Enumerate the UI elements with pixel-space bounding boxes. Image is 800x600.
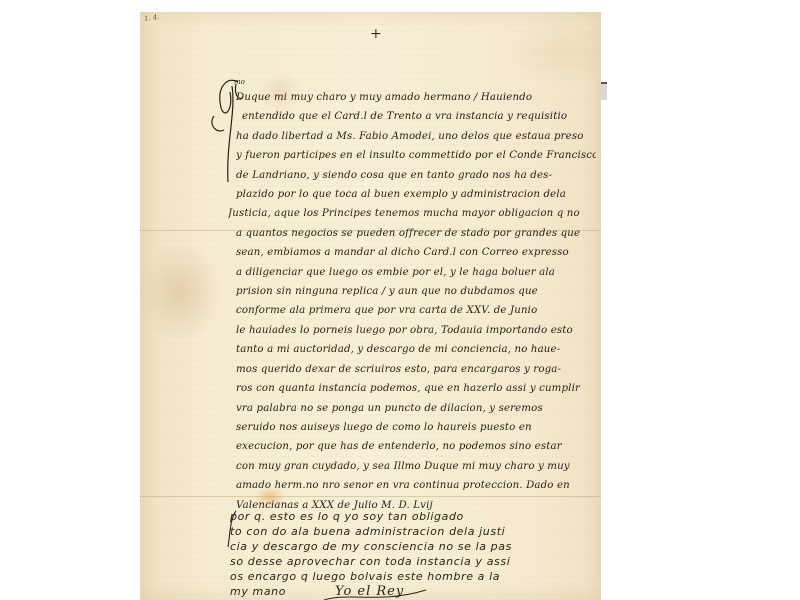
body-line: Justicia, aque los Principes tenemos muc… <box>228 204 596 223</box>
body-line: sean, embiamos a mandar al dicho Card.l … <box>236 243 596 262</box>
body-line: vra palabra no se ponga un puncto de dil… <box>236 399 596 418</box>
body-line: a diligenciar que luego os embie por el,… <box>236 263 596 282</box>
body-line: mos querido dexar de scriuiros esto, par… <box>236 360 596 379</box>
postscript-line: so desse aprovechar con toda instancia y… <box>230 554 600 569</box>
postscript-line: por q. esto es lo q yo soy tan obligado <box>230 509 600 524</box>
body-line: ha dado libertad a Ms. Fabio Amodei, uno… <box>236 127 596 146</box>
body-line: prision sin ninguna replica / y aun que … <box>236 282 596 301</box>
body-line: Duque mi muy charo y muy amado hermano /… <box>236 88 596 107</box>
postscript-line: to con do ala buena administracion dela … <box>230 524 600 539</box>
royal-signature: Yo el Rey <box>335 584 404 599</box>
body-line: plazido por lo que toca al buen exemplo … <box>236 185 596 204</box>
postscript-line: cia y descargo de my consciencia no se l… <box>230 539 600 554</box>
body-line: de Landriano, y siendo cosa que en tanto… <box>236 166 596 185</box>
body-line: execucion, por que has de entenderlo, no… <box>236 437 596 456</box>
corner-annotation: 1. 4. <box>144 13 161 23</box>
page-edge-tab <box>601 82 607 100</box>
body-line: y fueron participes en el insulto commet… <box>236 146 596 165</box>
body-line: a quantos negocios se pueden offrecer de… <box>236 224 596 243</box>
salutation-superscript: mo <box>234 78 245 86</box>
letter-body: Duque mi muy charo y muy amado hermano /… <box>236 88 596 515</box>
body-line: le hauiades lo porneis luego por obra, T… <box>236 321 596 340</box>
body-line: entendido que el Card.l de Trento a vra … <box>236 107 596 126</box>
body-line: ros con quanta instancia podemos, que en… <box>236 379 596 398</box>
body-line: conforme ala primera que por vra carta d… <box>236 301 596 320</box>
body-line: con muy gran cuydado, y sea Illmo Duque … <box>236 457 596 476</box>
header-cross-mark: + <box>370 26 382 42</box>
body-line: tanto a mi auctoridad, y descargo de mi … <box>236 340 596 359</box>
body-line: seruido nos auiseys luego de como lo hau… <box>236 418 596 437</box>
body-line: amado herm.no nro senor en vra continua … <box>236 476 596 495</box>
letter-page: 1. 4. + mo Duque mi muy charo y muy amad… <box>140 12 601 600</box>
